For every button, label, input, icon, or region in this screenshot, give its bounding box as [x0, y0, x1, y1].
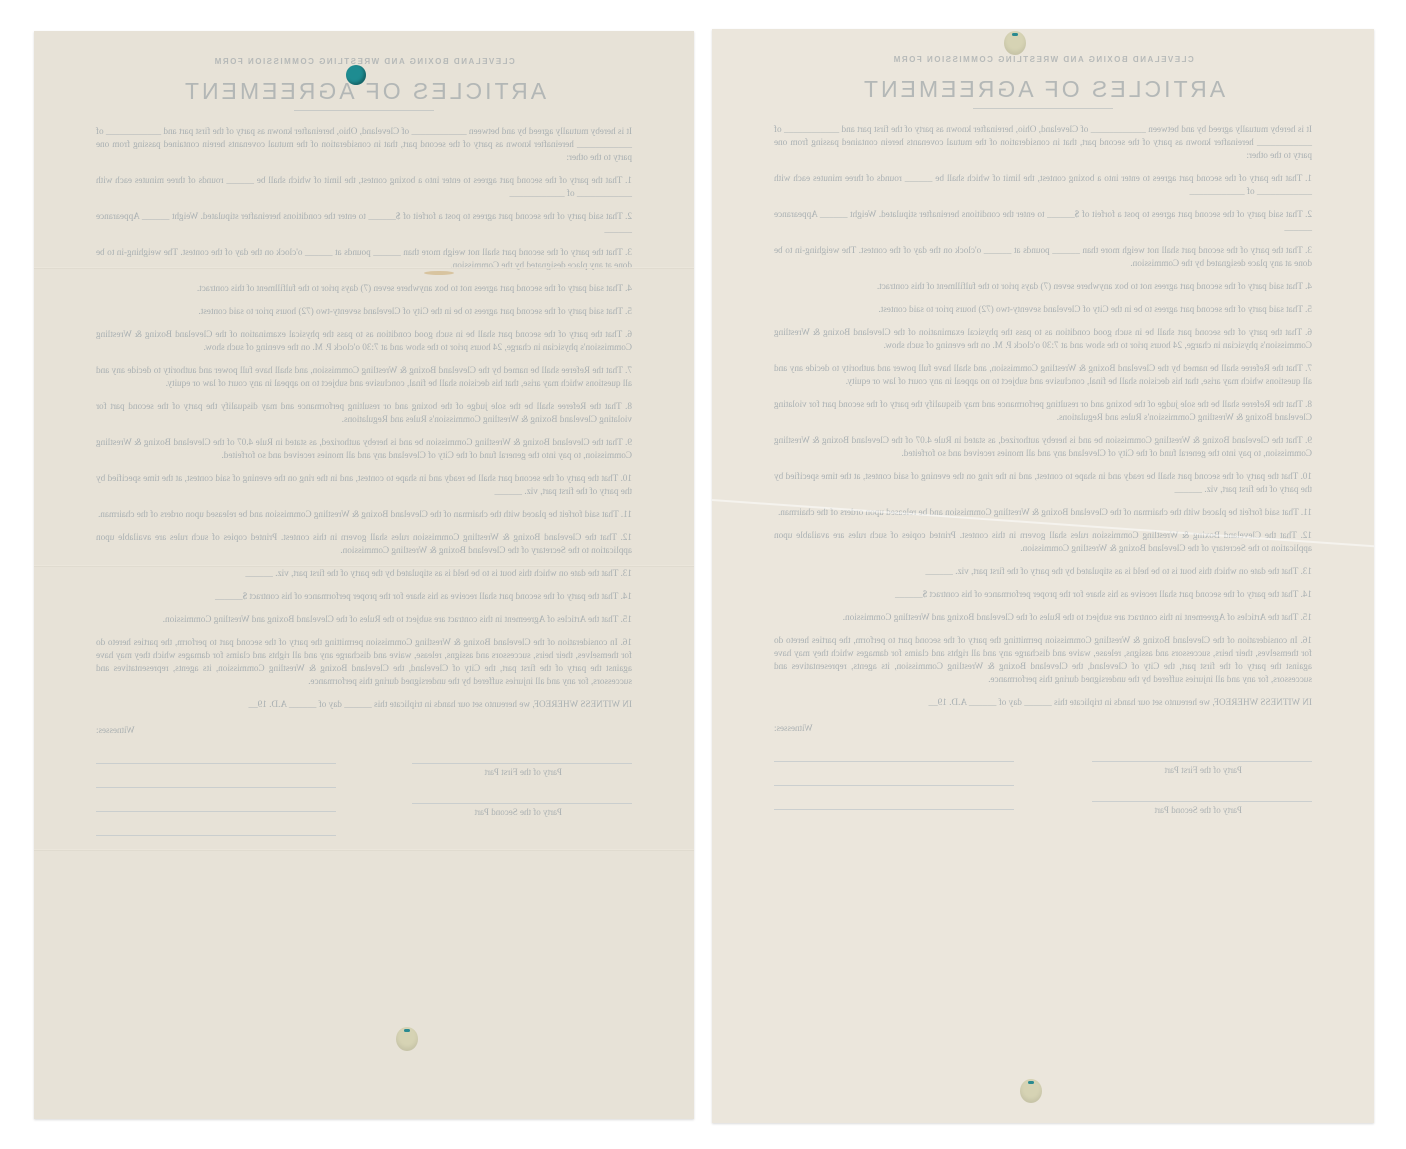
clause-paragraph: 2. That said party of the second part ag…	[96, 210, 632, 236]
age-stain	[424, 271, 454, 275]
clause-paragraph: 4. That said party of the second part ag…	[96, 282, 632, 295]
clause-paragraph: 9. That the Cleveland Boxing & Wrestling…	[774, 434, 1312, 460]
fold-crease	[34, 849, 694, 851]
clause-paragraph: 16. In consideration of the Cleveland Bo…	[774, 634, 1312, 686]
form-header: CLEVELAND BOXING AND WRESTLING COMMISSIO…	[774, 55, 1312, 64]
clause-paragraph: 5. That said party of the second part ag…	[774, 303, 1312, 316]
document-page-left: CLEVELAND BOXING AND WRESTLING COMMISSIO…	[34, 31, 694, 1119]
party-first-label: Party of the First Part	[485, 767, 563, 777]
clause-paragraph: 14. That the party of the second part sh…	[774, 588, 1312, 601]
clause-paragraph: 6. That the party of the second part sha…	[96, 328, 632, 354]
clause-paragraph: IN WITNESS WHEREOF, we hereunto set our …	[96, 698, 632, 711]
clause-paragraph: 9. That the Cleveland Boxing & Wrestling…	[96, 436, 632, 462]
page-text: CLEVELAND BOXING AND WRESTLING COMMISSIO…	[96, 31, 632, 905]
fold-crease	[34, 267, 694, 269]
clause-paragraph: 10. That the party of the second part sh…	[774, 470, 1312, 496]
clause-paragraph: 11. That said forfeit be placed with the…	[774, 506, 1312, 519]
witness-line-3	[774, 809, 1014, 810]
clause-paragraph: 13. That the date on which this bout is …	[96, 567, 632, 580]
title-underline	[294, 110, 434, 111]
page-title: ARTICLES OF AGREEMENT	[774, 76, 1312, 103]
clause-paragraph: 4. That said party of the second part ag…	[774, 280, 1312, 293]
signature-line-second-party	[1092, 801, 1312, 802]
fold-crease	[34, 565, 694, 567]
clause-paragraph: IN WITNESS WHEREOF, we hereunto set our …	[774, 696, 1312, 709]
clause-paragraph: 8. That the Referee shall be the sole ju…	[774, 398, 1312, 424]
clause-paragraph: 7. That the Referee shall be named by th…	[96, 364, 632, 390]
witness-line-1	[774, 761, 1014, 762]
page-text: CLEVELAND BOXING AND WRESTLING COMMISSIO…	[774, 29, 1312, 903]
clause-paragraph: 13. That the date on which this bout is …	[774, 565, 1312, 578]
party-second-label: Party of the Second Part	[475, 807, 562, 817]
title-underline	[973, 108, 1113, 109]
clause-list: It is hereby mutually agreed by and betw…	[96, 125, 632, 711]
witness-line-2	[96, 787, 336, 788]
clause-paragraph: 6. That the party of the second part sha…	[774, 326, 1312, 352]
witness-line-3	[96, 811, 336, 812]
clause-paragraph: 12. That the Cleveland Boxing & Wrestlin…	[774, 529, 1312, 555]
clause-paragraph: 8. That the Referee shall be the sole ju…	[96, 400, 632, 426]
clause-paragraph: 11. That said forfeit be placed with the…	[96, 508, 632, 521]
signature-line-second-party	[412, 803, 632, 804]
clause-paragraph: 1. That the party of the second part agr…	[96, 174, 632, 200]
witness-line-1	[96, 763, 336, 764]
clause-paragraph: 2. That said party of the second part ag…	[774, 208, 1312, 234]
clause-list: It is hereby mutually agreed by and betw…	[774, 123, 1312, 709]
clause-paragraph: 10. That the party of the second part sh…	[96, 472, 632, 498]
witnesses-label: Witnesses:	[96, 725, 135, 735]
party-first-label: Party of the First Part	[1165, 765, 1243, 775]
witness-line-2	[774, 785, 1014, 786]
witnesses-label: Witnesses:	[774, 723, 813, 733]
clause-paragraph: 7. That the Referee shall be named by th…	[774, 362, 1312, 388]
clause-paragraph: 14. That the party of the second part sh…	[96, 590, 632, 603]
party-second-label: Party of the Second Part	[1155, 805, 1242, 815]
signature-line-first-party	[412, 763, 632, 764]
clause-paragraph: It is hereby mutually agreed by and betw…	[96, 125, 632, 164]
page-content-mirrored: CLEVELAND BOXING AND WRESTLING COMMISSIO…	[712, 29, 1374, 1123]
page-content-mirrored: CLEVELAND BOXING AND WRESTLING COMMISSIO…	[34, 31, 694, 1119]
clause-paragraph: 5. That said party of the second part ag…	[96, 305, 632, 318]
clause-paragraph: 15. That the Articles of Agreement in th…	[96, 613, 632, 626]
clause-paragraph: 3. That the party of the second part sha…	[774, 244, 1312, 270]
thumbtack-hole-icon	[1004, 31, 1026, 55]
clause-paragraph: 12. That the Cleveland Boxing & Wrestlin…	[96, 531, 632, 557]
document-page-right: CLEVELAND BOXING AND WRESTLING COMMISSIO…	[712, 29, 1374, 1123]
clause-paragraph: 1. That the party of the second part agr…	[774, 172, 1312, 198]
thumbtack-hole-icon	[346, 65, 366, 85]
clause-paragraph: 16. In consideration of the Cleveland Bo…	[96, 636, 632, 688]
form-header: CLEVELAND BOXING AND WRESTLING COMMISSIO…	[96, 57, 632, 66]
thumbtack-hole-icon	[396, 1027, 418, 1051]
witness-line-4	[96, 835, 336, 836]
clause-paragraph: It is hereby mutually agreed by and betw…	[774, 123, 1312, 162]
signature-line-first-party	[1092, 761, 1312, 762]
signature-block: Witnesses: Party of the First Part Party…	[96, 725, 632, 905]
signature-block: Witnesses: Party of the First Part Party…	[774, 723, 1312, 903]
clause-paragraph: 15. That the Articles of Agreement in th…	[774, 611, 1312, 624]
thumbtack-hole-icon	[1020, 1079, 1042, 1103]
page-title: ARTICLES OF AGREEMENT	[96, 78, 632, 105]
